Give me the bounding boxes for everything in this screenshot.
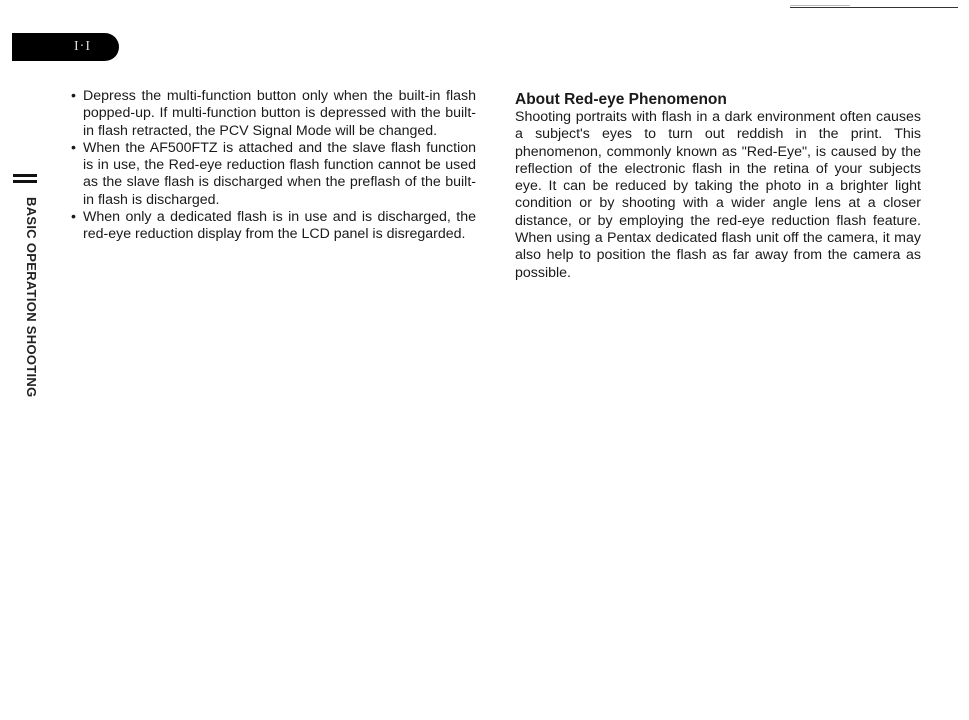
side-section-label: BASIC OPERATION SHOOTING	[24, 197, 39, 397]
scan-edge-line	[790, 7, 958, 8]
section-heading: About Red-eye Phenomenon	[515, 90, 921, 109]
note-item: Depress the multi-function button only w…	[71, 88, 476, 140]
section-body: Shooting portraits with flash in a dark …	[515, 109, 921, 282]
note-item: When the AF500FTZ is attached and the sl…	[71, 140, 476, 209]
section-tab-label: I·I	[74, 39, 91, 55]
red-eye-section: About Red-eye Phenomenon Shooting portra…	[515, 90, 921, 282]
notes-column: Depress the multi-function button only w…	[71, 88, 476, 244]
notes-list: Depress the multi-function button only w…	[71, 88, 476, 244]
section-tab: I·I	[12, 33, 119, 61]
scan-edge-line	[790, 5, 850, 6]
section-marker-bars	[13, 174, 37, 186]
note-item: When only a dedicated flash is in use an…	[71, 209, 476, 244]
